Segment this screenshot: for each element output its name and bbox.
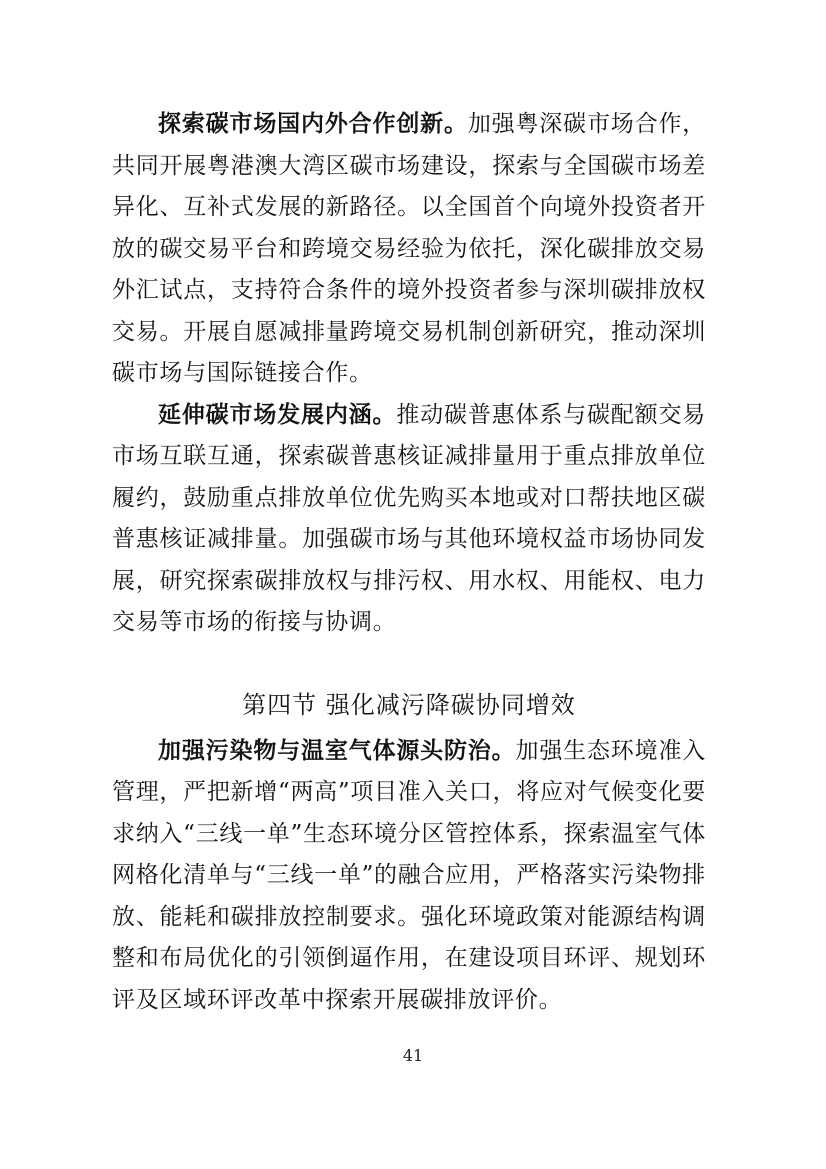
paragraph-body: 加强粤深碳市场合作，共同开展粤港澳大湾区碳市场建设，探索与全国碳市场差异化、互补…: [112, 111, 706, 386]
section-heading: 第四节 强化减污降碳协同增效: [112, 685, 706, 727]
paragraph-lead: 加强污染物与温室气体源头防治。: [158, 738, 515, 764]
document-page: 探索碳市场国内外合作创新。加强粤深碳市场合作，共同开展粤港澳大湾区碳市场建设，探…: [0, 0, 826, 1169]
paragraph-body: 推动碳普惠体系与碳配额交易市场互联互通，探索碳普惠核证减排量用于重点排放单位履约…: [112, 402, 706, 636]
page-number: 41: [0, 1046, 826, 1066]
paragraph-body: 加强生态环境准入管理，严把新增“两高”项目准入关口，将应对气候变化要求纳入“三线…: [112, 738, 706, 1013]
paragraph-carbon-market-extension: 延伸碳市场发展内涵。推动碳普惠体系与碳配额交易市场互联互通，探索碳普惠核证减排量…: [112, 395, 706, 644]
paragraph-carbon-market-cooperation: 探索碳市场国内外合作创新。加强粤深碳市场合作，共同开展粤港澳大湾区碳市场建设，探…: [112, 104, 706, 395]
paragraph-lead: 延伸碳市场发展内涵。: [158, 402, 396, 428]
paragraph-lead: 探索碳市场国内外合作创新。: [158, 111, 468, 137]
document-body: 探索碳市场国内外合作创新。加强粤深碳市场合作，共同开展粤港澳大湾区碳市场建设，探…: [112, 104, 706, 1021]
paragraph-pollution-source-prevention: 加强污染物与温室气体源头防治。加强生态环境准入管理，严把新增“两高”项目准入关口…: [112, 731, 706, 1022]
